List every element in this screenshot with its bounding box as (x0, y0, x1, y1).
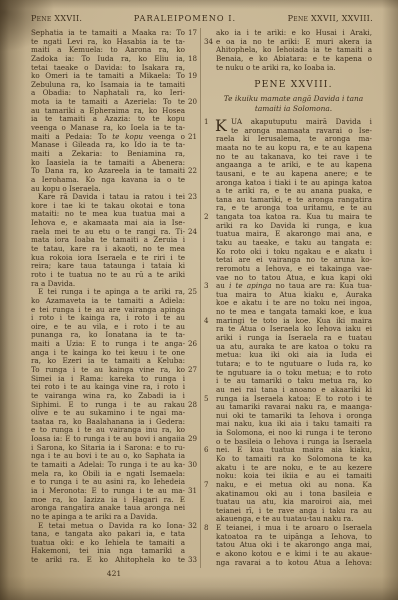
line-text: te vairanga wina ra, ko Zabadi ia i (31, 392, 185, 401)
text-line: ariki ra ko Davida ki runga, e kua (203, 222, 372, 231)
text-line: Ko roto oki i toku ngakau e e akatu i (203, 248, 372, 257)
column-divider-rule (200, 28, 201, 568)
verse-number (203, 498, 216, 507)
line-text: punanga ra, ko Ionatana ia te ta- (31, 331, 185, 340)
verse-number (185, 202, 197, 211)
verse-number (185, 245, 197, 254)
verse-number (203, 230, 216, 239)
line-text: E tei runga i te apinga a te ariki ra, (31, 288, 185, 297)
line-text: te ngati Levi ra, ko Hasabia ia te ta- (31, 38, 185, 47)
text-line: au kopu o Iseraela. (31, 185, 197, 194)
verse-number: 32 (185, 522, 197, 531)
line-text: Sephatia ia te tamaiti a Maaka ra: To (31, 29, 185, 38)
verse-number (203, 265, 216, 274)
line-text: Kare rā Davida i tatau ia ratou i tei (31, 193, 185, 202)
line-text: ua atu, auraka te are katoa o toku ra (216, 343, 372, 352)
line-text: teianei rī, i te rave anga i taku ra au (216, 507, 372, 516)
line-text: Zadoka ia: To Iuda ra, ko Eliu ia, (31, 55, 185, 64)
verse-number (203, 196, 216, 205)
verse-number: 3 (203, 282, 216, 291)
verse-number: 27 (185, 366, 197, 375)
text-line: Hakemoni, tei inia nga tamariki a (31, 547, 197, 556)
line-text: Siphimi. E to runga i te au rakau (31, 401, 185, 410)
line-text: akauenga, e te au tuatau-tau naku ra. (216, 515, 372, 524)
line-text: ra, e te aronga toa uritamu, e te au (216, 204, 372, 213)
text-line: Ahitophela, ko Iehoiada ia te tamaiti a (203, 46, 372, 55)
line-text: te aronga mamaata ravarai o Ise- (216, 127, 372, 136)
text-line: 3au i te apinga no taua are ra: Kua tua- (203, 282, 372, 291)
text-line: noku: koia tei ikiia e au ei tamaiti (203, 472, 372, 481)
text-line: tatou Atua oki i te akarongo anga mai, (203, 541, 372, 550)
text-line: reromotu a Iehova, e ei takainga vae- (203, 265, 372, 274)
line-text: tei roto i te au kainga vine ra, i roto … (31, 383, 185, 392)
line-text: raela mei te au etu o te rangi ra. Ti- (31, 228, 185, 237)
text-line: mai naku, kua iki aia i taku tamaiti ra (203, 420, 372, 429)
text-line: te ngutuare ia o toku metua; e to roto (203, 369, 372, 378)
header-left-chapter: Pene XXVII. (31, 14, 82, 23)
verse-number: 17 (185, 29, 197, 38)
text-line: ua atu, auraka te are katoa o toku ra (203, 343, 372, 352)
line-text: au nei rai tana i anoano e akaariki ki (216, 386, 372, 395)
text-line: a te ariki ra, e te au anana puaka, e (203, 187, 372, 196)
text-line: a Ierohama. Ko nga kavana ia o te (31, 176, 197, 185)
line-text: i roto i te kainga ra, i roto i te au (31, 314, 185, 323)
line-text: To runga i te au kainga vine ra, ko (31, 366, 185, 375)
line-text: au tamariki a Epheraima ra, ko Hosea (31, 107, 185, 116)
text-line: ia i Meronota: E to runga i te au ma-31 (31, 487, 197, 496)
text-line: nga i te au bovi i te au o, ko Saphata i… (31, 452, 197, 461)
text-line: mota ia te tamaiti a Azeriela: To te20 (31, 98, 197, 107)
line-text: Hakemoni, tei inia nga tamariki a (31, 547, 185, 556)
text-line: tana au tamariki, e te aronga rangatira (203, 196, 372, 205)
line-text: tuatau ua atu, kia maroiroi aia, mei (216, 498, 372, 507)
line-text: a Ierohama. Ko nga kavana ia o te (31, 176, 185, 185)
text-line: mataiti: no te mea kua tuatua mai a (31, 210, 197, 219)
text-line: Simei ia i Rama: kareka to runga i (31, 375, 197, 384)
line-text: koe e akatu i te are no toku nei ingoa, (216, 299, 372, 308)
verse-number (185, 210, 197, 219)
text-line: Iehova e, e akamaata mai aia ia Ise- (31, 219, 197, 228)
text-line: kua rokoia iora Iseraela e te riri i te (31, 254, 197, 263)
text-line: a Obadia: to Naphatali ra, ko Ieri- (31, 89, 197, 98)
verse-number (203, 429, 216, 438)
verse-number (203, 170, 216, 179)
text-line: Zebuluna ra, ko Isamaia ia te tamaiti (31, 81, 197, 90)
text-line: nui oki te tamariki ta Iehova i oronga (203, 412, 372, 421)
verse-number: 24 (185, 228, 197, 237)
text-line: olive e te au sukamino i te ngai ma- (31, 409, 197, 418)
text-line: maiti a Kemuela: to Aarona ra, ko (31, 46, 197, 55)
line-text: au kopu o Iseraela. (31, 185, 185, 194)
text-line: Manase i Gileada ra, ko Ido ia te ta- (31, 141, 197, 150)
text-line: 4maringi te toto ia koe. Kua iki maira (203, 317, 372, 326)
line-text: tetai are ei vairanga no te aruna ko- (216, 256, 372, 265)
text-line: koe e akatu i te are no toku nei ingoa, (203, 299, 372, 308)
text-line: ia te tamaiti a Azazia: to te kopu (31, 115, 197, 124)
verse-number (185, 539, 197, 548)
line-text: veenga o Manase ra, ko Ioela ia te ta- (31, 124, 185, 133)
verse-number (185, 115, 197, 124)
text-line: tetai are ei vairanga no te aruna ko- (203, 256, 372, 265)
line-text: au i te apinga no taua are ra: Kua tua- (216, 282, 372, 291)
line-text: a te ariki ra, e te au anana puaka, e (216, 187, 372, 196)
line-text: te ariki ra. E ko Ahitophela ko te (31, 556, 185, 565)
verse-number (203, 256, 216, 265)
verse-number (203, 46, 216, 55)
text-line: ko Azamaveta ia te tamaiti a Adiela: (31, 297, 197, 306)
verse-number: 5 (203, 395, 216, 404)
text-line: 1UA akaputuputu mairā Davida i (203, 118, 372, 127)
text-line: Benaia, e ko Abiatara: e te kapena o (203, 55, 372, 64)
verse-number (185, 470, 197, 479)
text-line: vae no to tatou Atua, e kua kapi oki (203, 274, 372, 283)
text-line: o te basileia o Iehova i runga ia Iserae… (203, 438, 372, 447)
text-line: raela mei te au etu o te rangi ra. Ti-24 (31, 228, 197, 237)
verse-number: 20 (185, 98, 197, 107)
running-header: Pene XXVII. PARALEIPOMENO I. Pene XXVII,… (31, 13, 373, 23)
text-line: raela ki Ierusalema, te aronga ma- (203, 135, 372, 144)
verse-number (185, 236, 197, 245)
line-text: te tamaiti a Adelai: To runga i te au ka… (31, 461, 185, 470)
line-text: Simei ia i Rama: kareka to runga i (31, 375, 185, 384)
verse-number (185, 375, 197, 384)
header-book-title: PARALEIPOMENO I. (134, 13, 236, 23)
verse-number: 33 (185, 556, 197, 565)
verse-number (203, 299, 216, 308)
verse-number: 7 (203, 481, 216, 490)
line-text: te nuku o te ariki ra, ko Ioaba ia. (216, 64, 372, 73)
text-line: To runga i te au kainga vine ra, ko27 (31, 366, 197, 375)
line-text: maiti a Uzia: E to runga i te anga- (31, 340, 185, 349)
line-text: ia i Meronota: E to runga i te au ma- (31, 487, 185, 496)
text-line: au tamariki a Epheraima ra, ko Hosea (31, 107, 197, 116)
verse-number (185, 141, 197, 150)
verse-number (185, 107, 197, 116)
text-line: Zadoka ia: To Iuda ra, ko Eliu ia,18 (31, 55, 197, 64)
verse-number: 30 (185, 461, 197, 470)
line-text: angaanga a te ariki, e te au kapena (216, 161, 372, 170)
text-line: E tei runga i te apinga a te ariki ra,25 (31, 288, 197, 297)
line-text: Manase i Gileada ra, ko Ido ia te ta- (31, 141, 185, 150)
line-text: nui oki te tamariki ta Iehova i oronga (216, 412, 372, 421)
line-text: To Dana ra, ko Azareela ia te tamaiti (31, 167, 185, 176)
line-text: UA akaputuputu mairā Davida i (216, 118, 372, 127)
line-text: e akono kotou e e kimi i te au akaue- (216, 550, 372, 559)
line-text: Iehova e, e akamaata mai aia ia Ise- (31, 219, 185, 228)
line-text: maiti a Kemuela: to Aarona ra, ko (31, 46, 185, 55)
line-text: mela ra, ko Obili ia e ngati Isemaela: (31, 470, 185, 479)
line-text: ko Azamaveta ia te tamaiti a Adiela: (31, 297, 185, 306)
line-text: nga ravarai a to kotou Atua a Iehova: (216, 559, 372, 568)
line-text: tetai taeake o Davida: to Isakara ra, (31, 64, 185, 73)
text-line: aronga rangatira anake taua aronga nei (31, 504, 197, 513)
verse-number (185, 323, 197, 332)
verse-number (185, 349, 197, 358)
verse-number (203, 144, 216, 153)
chapter-subtitle: Te ikuiku mamate angā Davida i tana tama… (203, 94, 372, 113)
line-text: au tamariki ravarai naku ra, e maanga- (216, 403, 372, 412)
line-text: Ahitophela, ko Iehoiada ia te tamaiti a (216, 46, 372, 55)
text-line: Ko to tamaiti ra ko Solomona te ka (203, 455, 372, 464)
line-text: tana, e tangata ako pakari ia, e tata (31, 530, 185, 539)
line-text: e to runga i te au asini ra, ko Iehedeia (31, 478, 185, 487)
line-text: ra te Atua o Iseraela ko Iehova iaku ei (216, 325, 372, 334)
text-line: taku au taeake, e taku au tangata e: (203, 239, 372, 248)
verse-number: 6 (203, 446, 216, 455)
verse-number (203, 412, 216, 421)
verse-number (185, 38, 197, 47)
text-line: 34e oa ia no te ariki: E muri akera ia (203, 38, 372, 47)
chapter-28-verses: K 1UA akaputuputu mairā Davida ite arong… (203, 118, 372, 567)
line-text: reromotu a Iehova, e ei takainga vae- (216, 265, 372, 274)
line-text: taataa ra, ko Baalahanana ia i Gedera: (31, 418, 185, 427)
line-text: katoatoa ra te uipānga a Iehova, to (216, 533, 372, 542)
line-text: anga i te kainga ko tei keuu i te one (31, 349, 185, 358)
line-text: raela ki Ierusalema, te aronga ma- (216, 135, 372, 144)
text-line: tuatua maira, E akarongo mai ana, e (203, 230, 372, 239)
text-line: maiti a Uzia: E to runga i te anga-26 (31, 340, 197, 349)
line-text: ra a Davida. (31, 280, 185, 289)
verse-number (203, 291, 216, 300)
text-line: Kare rā Davida i tatau ia ratou i tei23 (31, 193, 197, 202)
verse-number: 31 (185, 487, 197, 496)
text-line: e to runga i te au asini ra, ko Iehedeia (31, 478, 197, 487)
verse-number: 25 (185, 288, 197, 297)
verse-number (185, 418, 197, 427)
text-line: taataa ra, ko Baalahanana ia i Gedera: (31, 418, 197, 427)
verse-number (185, 314, 197, 323)
line-text: nei. E kua tuatua maira aia kiaku, (216, 446, 372, 455)
line-text: maiti a Zekaria: to Beniamina ra, (31, 150, 185, 159)
line-text: tangata toa katoa ra. Kua tu maira te (216, 213, 372, 222)
verse-number (203, 541, 216, 550)
line-text: no te au takanava, ko tei rave i te (216, 153, 372, 162)
line-text: i Sarona, ko Sitaria ia i Sarona: e to r… (31, 444, 185, 453)
verse-number (185, 297, 197, 306)
line-text: e to runga i te au vairanga inu ra, ko (31, 426, 185, 435)
line-text: nga i te au bovi i te au o, ko Saphata i… (31, 452, 185, 461)
text-line: akatinamou oki au i tona basileia e (203, 490, 372, 499)
line-text: taku au taeake, e taku au tangata e: (216, 239, 372, 248)
text-line: i te au tamariki o taku metua ra, ko (203, 377, 372, 386)
chapter-27-end-lines: ako ia i te ariki: e ko Husai i Araki,34… (203, 29, 372, 72)
text-line: e akono kotou e e kimi i te au akaue- (203, 550, 372, 559)
line-text: maata no te au kopu ra, e te au kapena (216, 144, 372, 153)
line-text: Benaia, e ko Abiatara: e te kapena o (216, 55, 372, 64)
line-text: ra, ko Ezeri ia te tamaiti a Keluba: (31, 357, 185, 366)
verse-number (203, 420, 216, 429)
line-text: maringi te toto ia koe. Kua iki maira (216, 317, 372, 326)
text-line: maiti a Pedaia: To te kopu veenga o21 (31, 133, 197, 142)
text-line: tei roto i te au kainga vine ra, i roto … (31, 383, 197, 392)
text-line: tetai taeake o Davida: to Isakara ra, (31, 64, 197, 73)
verse-number: 8 (203, 524, 216, 533)
verse-number (203, 559, 216, 568)
line-text: moe ra, ko Iaziza ia i Hagari ra. E (31, 496, 185, 505)
verse-number: 26 (185, 340, 197, 349)
verse-number (203, 464, 216, 473)
line-text: tuatua oki: e ko Iehiela te tamaiti a (31, 539, 185, 548)
text-line: anga i te kainga ko tei keuu i te one (31, 349, 197, 358)
line-text: vae no to tatou Atua, e kua kapi oki (216, 274, 372, 283)
verse-number: 21 (185, 133, 197, 142)
line-text: reira; kare taua tataunga i tataia ki (31, 262, 185, 271)
line-text: noku: koia tei ikiia e au ei tamaiti (216, 472, 372, 481)
verse-number (203, 334, 216, 343)
verse-number: 34 (203, 38, 216, 47)
line-text: akatinamou oki au i tona basileia e (216, 490, 372, 499)
verse-number (203, 490, 216, 499)
line-text: kua rokoia iora Iseraela e te riri i te (31, 254, 185, 263)
text-line: 5runga ia Iseraela katoa: E to roto i te (203, 395, 372, 404)
text-line: tuatau ua atu, kia maroiroi aia, mei (203, 498, 372, 507)
text-line: tana, e tangata ako pakari ia, e tata (31, 530, 197, 539)
line-text: ko Iaasiela ia te tamaiti a Abenera: (31, 159, 185, 168)
verse-number (203, 187, 216, 196)
verse-number (203, 222, 216, 231)
line-text: ia Solomona, ei noo ki runga i te terono (216, 429, 372, 438)
verse-number (203, 550, 216, 559)
verse-number: 18 (185, 55, 197, 64)
verse-number (203, 64, 216, 73)
verse-number (203, 403, 216, 412)
text-line: katoatoa ra te uipānga a Iehova, to (203, 533, 372, 542)
verse-number (203, 507, 216, 516)
verse-number (185, 150, 197, 159)
right-text-column: ako ia i te ariki: e ko Husai i Araki,34… (203, 29, 372, 567)
line-text: E teianei, i mua i te aroaro o Iseraela (216, 524, 372, 533)
text-line: maata no te au kopu ra, e te au kapena (203, 144, 372, 153)
page-number: 421 (31, 569, 197, 578)
text-line: te tamaiti a Adelai: To runga i te au ka… (31, 461, 197, 470)
text-line: no te au takanava, ko tei rave i te (203, 153, 372, 162)
text-line: roto i te tuatua no te au rū a te ariki (31, 271, 197, 280)
verse-number (203, 248, 216, 257)
text-line: 7naku, e ei metua oki au nona. Ka (203, 481, 372, 490)
chapter-subtitle-line: Te ikuiku mamate angā Davida i tana (215, 94, 372, 103)
text-line: te ngati Levi ra, ko Hasabia ia te ta- (31, 38, 197, 47)
text-line: veenga o Manase ra, ko Ioela ia te ta- (31, 124, 197, 133)
verse-number: 28 (185, 401, 197, 410)
text-line: To Dana ra, ko Azareela ia te tamaiti22 (31, 167, 197, 176)
text-line: e to runga i te au vairanga inu ra, ko (31, 426, 197, 435)
text-line: mata iora Ioaba te tamaiti a Zeruia i (31, 236, 197, 245)
text-line: au nei rai tana i anoano e akaariki ki (203, 386, 372, 395)
verse-number (203, 455, 216, 464)
text-line: Sephatia ia te tamaiti a Maaka ra: To17 (31, 29, 197, 38)
line-text: olive e te au sukamino i te ngai ma- (31, 409, 185, 418)
line-text: e oa ia no te ariki: E muri akera ia (216, 38, 372, 47)
line-text: o te basileia o Iehova i runga ia Iserae… (216, 438, 372, 447)
verse-number (185, 504, 197, 513)
line-text: a Obadia: to Naphatali ra, ko Ieri- (31, 89, 185, 98)
line-text: naku, e ei metua oki au nona. Ka (216, 481, 372, 490)
verse-number (185, 176, 197, 185)
line-text: mota ia te tamaiti a Azeriela: To te (31, 98, 185, 107)
line-text: tuatua maira, E akarongo mai ana, e (216, 230, 372, 239)
text-line: ra a Davida. (31, 280, 197, 289)
line-text: mataiti: no te mea kua tuatua mai a (31, 210, 185, 219)
text-line: mela ra, ko Obili ia e ngati Isemaela: (31, 470, 197, 479)
text-line: ko Iaasiela ia te tamaiti a Abenera: (31, 159, 197, 168)
text-line: akatu i te are noku, e te au kezere (203, 464, 372, 473)
line-text: Zebuluna ra, ko Isamaia ia te tamaiti (31, 81, 185, 90)
line-text: te tatau, kare ra i akaoti, no te mea (31, 245, 185, 254)
verse-number (185, 409, 197, 418)
verse-number (203, 377, 216, 386)
text-line: tuatua oki: e ko Iehiela te tamaiti a (31, 539, 197, 548)
text-line: i Sarona, ko Sitaria ia i Sarona: e to r… (31, 444, 197, 453)
line-text: roto i te tuatua no te au rū a te ariki (31, 271, 185, 280)
drop-cap-initial: K (215, 117, 227, 134)
verse-number (185, 262, 197, 271)
text-line: akauenga, e te au tuatau-tau naku ra. (203, 515, 372, 524)
verse-number (203, 360, 216, 369)
text-line: te vairanga wina ra, ko Zabadi ia i (31, 392, 197, 401)
text-line: maiti a Zekaria: to Beniamina ra, (31, 150, 197, 159)
line-text: no te mea e tangata tamaki koe, e kua (216, 308, 372, 317)
verse-number (203, 343, 216, 352)
text-line: ra te Atua o Iseraela ko Iehova iaku ei (203, 325, 372, 334)
verse-number: 22 (185, 167, 197, 176)
left-text-column: Sephatia ia te tamaiti a Maaka ra: To17t… (31, 29, 197, 565)
line-text: tana au tamariki, e te aronga rangatira (216, 196, 372, 205)
line-text: Ko to tamaiti ra ko Solomona te ka (216, 455, 372, 464)
line-text: ako ia i te ariki: e ko Husai i Araki, (216, 29, 372, 38)
verse-number (185, 444, 197, 453)
verse-number (203, 161, 216, 170)
text-line: ia Solomona, ei noo ki runga i te terono (203, 429, 372, 438)
verse-number: 2 (203, 213, 216, 222)
line-text: aronga rangatira anake taua aronga nei (31, 504, 185, 513)
text-line: te tatau, kare ra i akaoti, no te mea (31, 245, 197, 254)
line-text: ko Omeri ia te tamaiti a Mikaela: To (31, 72, 185, 81)
verse-number: 29 (185, 435, 197, 444)
verse-number (185, 383, 197, 392)
line-text: mata iora Ioaba te tamaiti a Zeruia i (31, 236, 185, 245)
verse-number: 23 (185, 193, 197, 202)
text-line: 8E teianei, i mua i te aroaro o Iseraela (203, 524, 372, 533)
book-page-scan: Pene XXVII. PARALEIPOMENO I. Pene XXVII,… (0, 0, 398, 600)
text-line: nga ravarai a to kotou Atua a Iehova: (203, 559, 372, 568)
verse-number: 19 (185, 72, 197, 81)
line-text: kore i tae ki te takau okotai e tona (31, 202, 185, 211)
line-text: oire, e te au vila, e i roto i te au (31, 323, 185, 332)
line-text: metua: kua iki oki aia ia Iuda ei (216, 351, 372, 360)
line-text: no te apinga a te ariki ra a Davida. (31, 513, 185, 522)
text-line: tua maira to Atua kiaku e, Auraka (203, 291, 372, 300)
text-line: te aronga mamaata ravarai o Ise- (203, 127, 372, 136)
text-line: tausani, e te au kapena anere; e te (203, 170, 372, 179)
line-text: ariki ra ko Davida ki runga, e kua (216, 222, 372, 231)
text-line: punanga ra, ko Ionatana ia te ta- (31, 331, 197, 340)
line-text: i te au tamariki o taku metua ra, ko (216, 377, 372, 386)
line-text: aronga katoa i tiaki i te au apinga kato… (216, 179, 372, 188)
verse-number (203, 179, 216, 188)
text-line: tutara; e to te ngutuare o Iuda ra, ko (203, 360, 372, 369)
text-line: no te apinga a te ariki ra a Davida. (31, 513, 197, 522)
verse-number (203, 55, 216, 64)
text-line: ko Omeri ia te tamaiti a Mikaela: To19 (31, 72, 197, 81)
text-line: no te mea e tangata tamaki koe, e kua (203, 308, 372, 317)
line-text: runga ia Iseraela katoa: E to roto i te (216, 395, 372, 404)
verse-number (185, 271, 197, 280)
line-text: te ngutuare ia o toku metua; e to roto (216, 369, 372, 378)
line-text: ariki i runga ia Iseraela ra e tuatau (216, 334, 372, 343)
text-line: reira; kare taua tataunga i tataia ki (31, 262, 197, 271)
verse-number (185, 254, 197, 263)
text-line: au tamariki ravarai naku ra, e maanga- (203, 403, 372, 412)
